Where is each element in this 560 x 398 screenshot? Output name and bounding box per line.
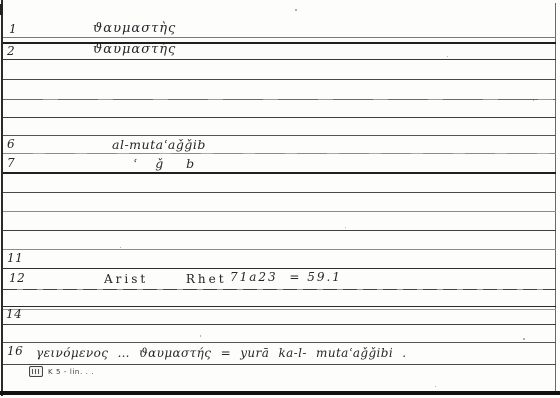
entry-greek-headword-1: ϑαυμαστὴς: [93, 21, 176, 36]
ruled-line: [3, 192, 556, 193]
ruled-line: [3, 59, 556, 60]
ruled-line: [3, 249, 556, 250]
row-number-16: 16: [7, 344, 23, 358]
stamp-icon: [29, 366, 43, 377]
card-top-left-mark: [0, 4, 3, 15]
entry-greek-headword-2: ϑαυμαστής: [93, 42, 176, 57]
index-card: 1 2 6 7 11 12 14 16 ϑαυμαστὴς ϑαυμαστής …: [0, 0, 560, 398]
ruled-line: [3, 42, 556, 44]
card-bottom-edge: [0, 391, 560, 395]
ruled-line: [3, 172, 556, 174]
ruled-line: [3, 289, 556, 290]
card-right-edge: [555, 3, 556, 392]
ruled-line: [3, 306, 556, 307]
ruled-line: [3, 37, 556, 38]
row-number-1: 1: [9, 22, 17, 36]
ruled-line: [3, 324, 556, 325]
row-number-14: 14: [6, 307, 22, 321]
entry-citation-reference: 71a23 = 59.1: [230, 270, 342, 284]
ruled-line: [3, 79, 556, 80]
entry-arabic-transliteration: al-mutaʿaǧǧib: [112, 137, 206, 152]
row-number-6: 6: [7, 137, 15, 151]
ruled-line: [3, 364, 556, 365]
ruled-line: [3, 268, 556, 269]
ruled-line: [3, 153, 556, 154]
row-number-2: 2: [7, 44, 15, 58]
ruled-line: [3, 99, 556, 100]
ruled-line: [3, 117, 556, 118]
entry-transliteration-correction: ʿ ǧ b: [133, 156, 195, 171]
ruled-line: [3, 342, 556, 343]
entry-gloss-line: γεινόμενος … ϑαυμαστής = yurā ka-l- muta…: [36, 346, 407, 360]
row-number-7: 7: [7, 156, 15, 170]
ruled-line: [3, 135, 556, 136]
ruled-line: [3, 309, 556, 310]
entry-source-citation: Arist Rhet: [104, 272, 227, 286]
stamp-label: K 5 - lin. . .: [48, 368, 94, 376]
row-number-11: 11: [7, 251, 23, 265]
row-number-12: 12: [9, 271, 25, 285]
ruled-line: [3, 230, 556, 231]
ruled-line: [3, 211, 556, 212]
